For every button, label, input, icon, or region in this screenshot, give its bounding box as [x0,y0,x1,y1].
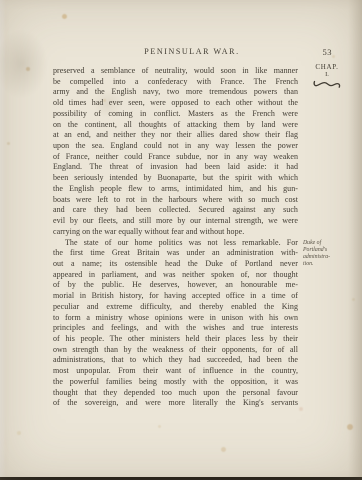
text-line: own strength than by the weakness of the… [53,345,298,356]
text-line: of the sovereign, and were more literall… [53,398,298,409]
text-line: evil by our fleets, and still more by ou… [53,216,298,227]
text-line: principles and feelings, and with the wi… [53,323,298,334]
fox-spot [62,14,67,19]
fox-spot [221,447,226,452]
text-line: of France, neither could France subdue, … [53,152,298,163]
text-line: boats were left to rot in the harbours w… [53,195,298,206]
fox-spot [332,55,335,58]
text-line: be compelled into a confederacy with Fra… [53,77,298,88]
text-line: the first time Great Britain was under a… [53,248,298,259]
running-header: PENINSULAR WAR. 53 [52,47,332,59]
side-note-line: tion. [303,261,347,268]
text-line: morial in British history, for having ac… [53,291,298,302]
text-line: appeared in parliament, and was neither … [53,270,298,281]
chapter-label: CHAP. [310,63,344,71]
page-right-edge-shading [348,0,362,480]
text-line: upon the sea. England could not in any w… [53,141,298,152]
chapter-numeral: I. [310,71,344,78]
text-line: thought that they depended too much upon… [53,388,298,399]
text-line: administrations, that to which they had … [53,355,298,366]
text-line: possibility of coming in conflict. Maste… [53,109,298,120]
fox-spot [352,298,355,301]
text-line: out a name; its ostensible head the Duke… [53,259,298,270]
fox-spot [17,431,21,435]
side-note-line: administra- [303,254,347,261]
fox-spot [347,424,353,430]
text-line: army and the English navy, two more trem… [53,87,298,98]
paper-smudge [0,16,58,112]
body-text: preserved a semblance of neutrality, wou… [53,66,298,409]
text-line: old times had ever seen, were opposed to… [53,98,298,109]
book-page: PENINSULAR WAR. 53 CHAP. I. preserved a … [0,0,362,480]
text-line: the English people flew to arms, intimid… [53,184,298,195]
text-line: at an end, and neither they nor their al… [53,130,298,141]
text-line: and care they had been collected. Secure… [53,205,298,216]
text-line: to form a ministry whose opinions were i… [53,313,298,324]
text-line: England. The threat of invasion had been… [53,162,298,173]
page-number: 53 [323,47,333,57]
text-line: of his people. The other ministers held … [53,334,298,345]
text-line: peculiar and extreme difficulty, and the… [53,302,298,313]
running-header-title: PENINSULAR WAR. [52,47,332,56]
text-line: most unpopular. From their want of influ… [53,366,298,377]
side-note-line: Duke of [303,240,347,247]
fox-spot [158,425,161,428]
side-note: Duke of Portland's administra- tion. [303,240,347,268]
fox-spot [7,142,10,145]
text-line: the powerful families being mostly with … [53,377,298,388]
text-line: been seriously intended by Buonaparte, b… [53,173,298,184]
chapter-ornament [313,79,341,89]
text-line: on the continent, all thoughts of attack… [53,120,298,131]
page-left-edge-highlight [0,0,6,480]
text-line: of by the public. He deserves, however, … [53,280,298,291]
side-note-line: Portland's [303,247,347,254]
chapter-margin-note: CHAP. I. [310,63,344,89]
text-line: carrying on the war equally without fear… [53,227,298,238]
text-line: preserved a semblance of neutrality, wou… [53,66,298,77]
fox-spot [299,407,303,411]
fox-spot [26,67,30,71]
text-line: The state of our home politics was not l… [53,238,298,249]
